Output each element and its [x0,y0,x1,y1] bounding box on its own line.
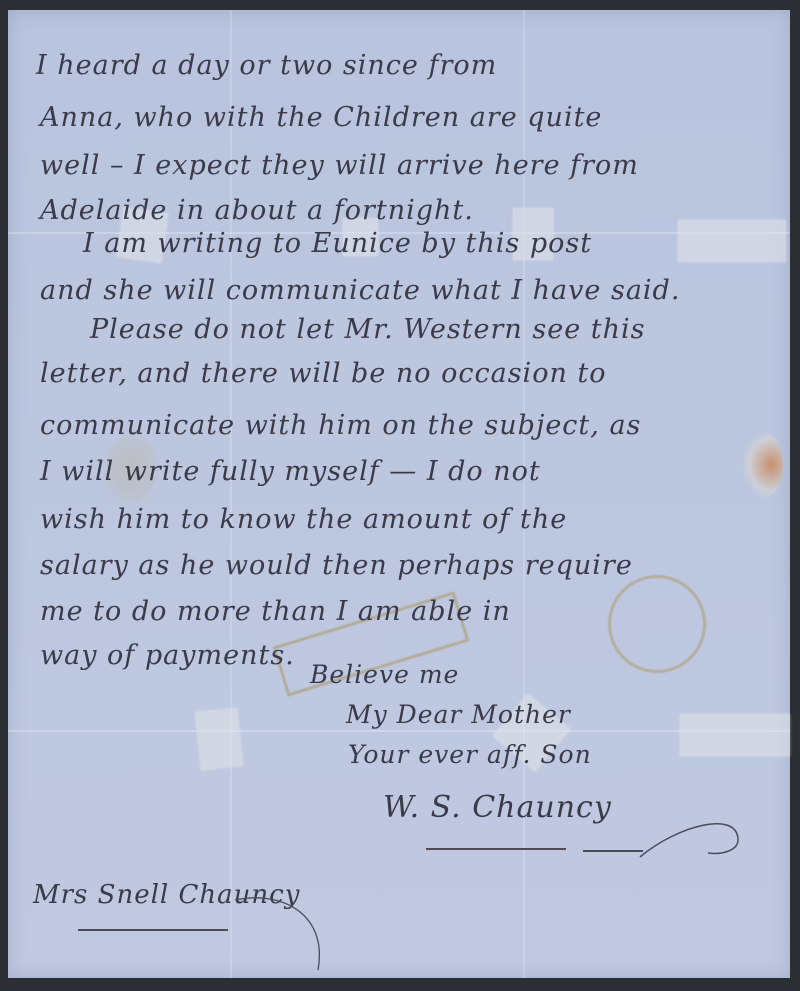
tape-patch [195,708,243,770]
letter-line: me to do more than I am able in [40,596,511,627]
letter-line: I will write fully myself — I do not [40,456,541,487]
closing-line: My Dear Mother [346,700,571,729]
letter-line: way of payments. [40,640,295,671]
letter-line: Adelaide in about a fortnight. [40,195,474,226]
letter-line: well – I expect they will arrive here fr… [40,150,639,181]
fold-line-horizontal [8,730,790,732]
letter-line: I heard a day or two since from [36,50,497,81]
letter-line: letter, and there will be no occasion to [40,358,607,389]
signature-underline [426,848,566,850]
wax-seal-remnant [743,432,783,498]
letter-line: and she will communicate what I have sai… [40,275,680,306]
letter-line: I am writing to Eunice by this post [83,228,592,259]
letter-line: communicate with him on the subject, as [40,410,641,441]
letter-line: Anna, who with the Children are quite [40,102,602,133]
closing-line: Believe me [310,660,459,689]
letter-line: Please do not let Mr. Western see this [90,314,646,345]
closing-line: Your ever aff. Son [348,740,592,769]
letter-page: [illegible boxed postal stamp] I heard a… [8,10,790,978]
addressee-flourish [233,895,333,975]
signature-flourish [638,815,748,860]
letter-line: wish him to know the amount of the [40,504,567,535]
signature-underline [583,850,643,852]
signature: W. S. Chauncy [383,790,612,825]
tape-patch [680,714,790,756]
letter-line: salary as he would then perhaps require [40,550,633,581]
circular-postmark [608,575,706,673]
addressee-underline [78,929,228,931]
tape-patch [678,220,786,262]
